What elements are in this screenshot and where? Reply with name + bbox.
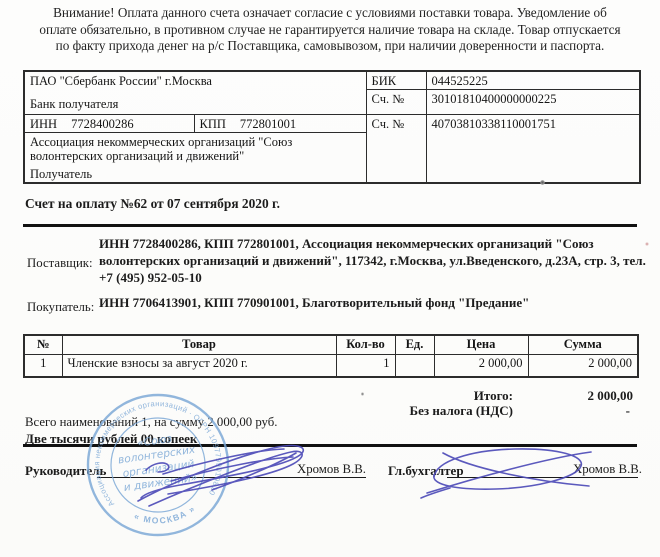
director-signature — [138, 446, 303, 506]
accountant-signature — [421, 449, 591, 498]
ink-signatures — [0, 0, 660, 557]
invoice-document: Внимание! Оплата данного счета означает … — [0, 0, 660, 557]
